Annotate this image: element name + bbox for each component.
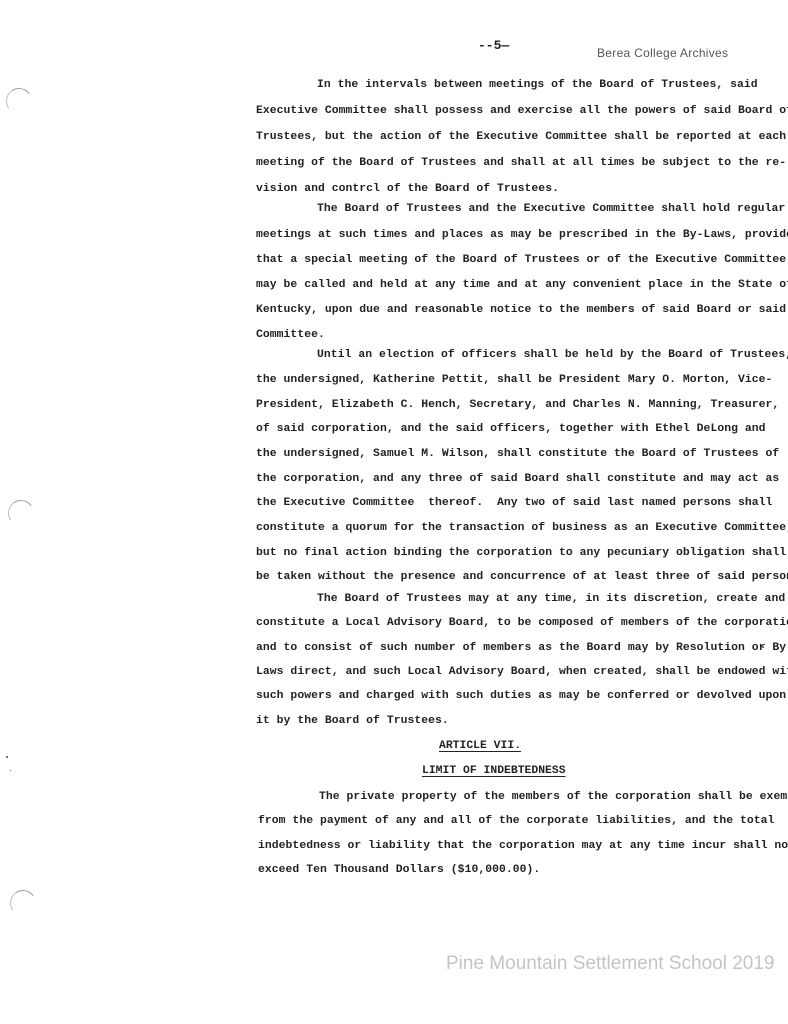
punch-hole-mark bbox=[4, 86, 34, 116]
text-line: Trustees, but the action of the Executiv… bbox=[256, 131, 786, 143]
text-line: but no final action binding the corporat… bbox=[256, 547, 786, 559]
text-line: constitute a Local Advisory Board, to be… bbox=[256, 617, 788, 629]
text-line: the Executive Committee thereof. Any two… bbox=[256, 497, 772, 509]
text-line: Kentucky, upon due and reasonable notice… bbox=[256, 304, 786, 316]
text-line: meetings at such times and places as may… bbox=[256, 229, 788, 241]
text-line: Until an election of officers shall be h… bbox=[317, 349, 788, 361]
text-line: the corporation, and any three of said B… bbox=[256, 473, 779, 485]
archive-stamp: Berea College Archives bbox=[597, 46, 728, 60]
text-line: The private property of the members of t… bbox=[319, 791, 788, 803]
text-line: may be called and held at any time and a… bbox=[256, 279, 788, 291]
article-title-heading: LIMIT OF INDEBTEDNESS bbox=[422, 765, 566, 777]
text-line: such powers and charged with such duties… bbox=[256, 690, 786, 702]
text-line: The Board of Trustees may at any time, i… bbox=[317, 593, 785, 605]
scan-speck bbox=[6, 756, 8, 758]
text-line: that a special meeting of the Board of T… bbox=[256, 254, 786, 266]
text-line: Executive Committee shall possess and ex… bbox=[256, 105, 788, 117]
text-line: The Board of Trustees and the Executive … bbox=[317, 203, 785, 215]
text-line: from the payment of any and all of the c… bbox=[258, 815, 774, 827]
scan-speck bbox=[10, 770, 11, 771]
text-line: vision and contrcl of the Board of Trust… bbox=[256, 183, 559, 195]
punch-hole-mark bbox=[6, 498, 36, 528]
text-line: and to consist of such number of members… bbox=[256, 642, 788, 654]
text-line: indebtedness or liability that the corpo… bbox=[258, 840, 788, 852]
article-number-heading: ARTICLE VII. bbox=[439, 740, 521, 752]
text-line: Committee. bbox=[256, 329, 325, 341]
text-line: meeting of the Board of Trustees and sha… bbox=[256, 157, 786, 169]
text-line: Laws direct, and such Local Advisory Boa… bbox=[256, 666, 788, 678]
text-line: the undersigned, Samuel M. Wilson, shall… bbox=[256, 448, 779, 460]
text-line: exceed Ten Thousand Dollars ($10,000.00)… bbox=[258, 864, 540, 876]
text-line: President, Elizabeth C. Hench, Secretary… bbox=[256, 399, 779, 411]
text-line: of said corporation, and the said office… bbox=[256, 423, 766, 435]
watermark: Pine Mountain Settlement School 2019 bbox=[446, 953, 775, 975]
punch-hole-mark bbox=[8, 888, 38, 918]
page-number: --5— bbox=[478, 38, 509, 53]
text-line: the undersigned, Katherine Pettit, shall… bbox=[256, 374, 772, 386]
text-line: In the intervals between meetings of the… bbox=[317, 79, 758, 91]
text-line: it by the Board of Trustees. bbox=[256, 715, 449, 727]
text-line: constitute a quorum for the transaction … bbox=[256, 522, 788, 534]
text-line: be taken without the presence and concur… bbox=[256, 571, 788, 583]
